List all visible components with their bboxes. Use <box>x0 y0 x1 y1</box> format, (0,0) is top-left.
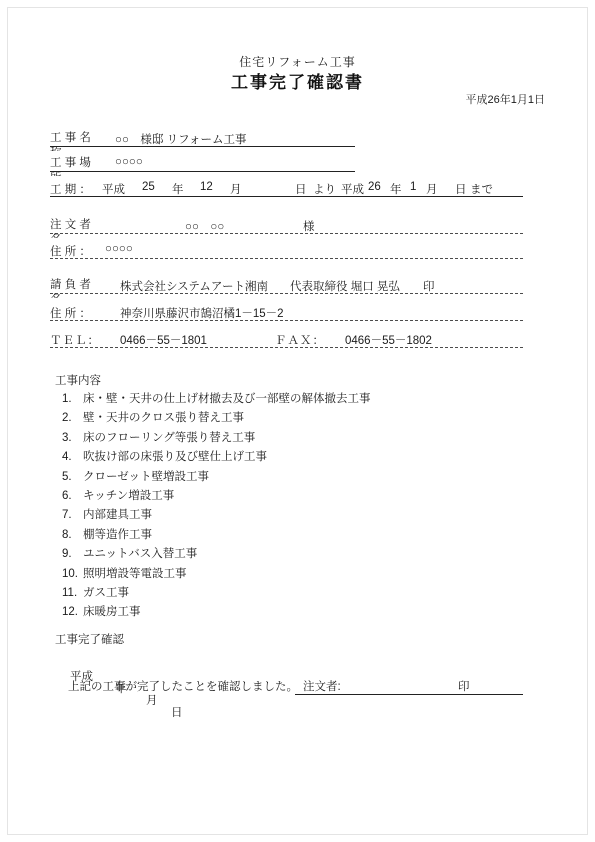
item-text: 床・壁・天井の仕上げ材撤去及び一部壁の解体撤去工事 <box>83 390 371 409</box>
orderer-label: 注 文 者名 <box>50 218 130 238</box>
project-name-value: ○○ 様邸 リフォーム工事 <box>115 131 247 147</box>
fax-label: ＦＡＸ： <box>275 332 325 348</box>
completion-date-line: 平成 年 月 日 <box>70 656 270 671</box>
field-orderer-address: 住 所 ： ○○○○ <box>50 242 523 259</box>
period-era-to: 平成 <box>341 181 364 197</box>
period-month-from: 12 <box>200 181 213 193</box>
completion-day-unit: 日 <box>171 704 183 720</box>
work-item: 6. キッチン増設工事 <box>62 487 371 506</box>
orderer-address-label: 住 所 ： <box>50 243 91 259</box>
period-label: 工 期 ： <box>50 181 91 197</box>
item-text: 内部建具工事 <box>83 506 152 525</box>
tel-label: ＴＥＬ： <box>50 332 100 348</box>
item-text: 床暖房工事 <box>83 603 141 622</box>
work-item: 1. 床・壁・天井の仕上げ材撤去及び一部壁の解体撤去工事 <box>62 390 371 409</box>
item-number: 8. <box>62 526 83 545</box>
orderer-address-value: ○○○○ <box>105 243 133 255</box>
contractor-label: 請 負 者名 <box>50 278 130 298</box>
field-contractor-address: 住 所 ： 神奈川県藤沢市鵠沼橘1－15－2 <box>50 304 523 321</box>
work-details-heading: 工事内容 <box>55 372 101 388</box>
period-month-to: 1 <box>410 181 416 193</box>
completion-statement: 上記の工事が完了したことを確認しました。 <box>68 678 298 694</box>
field-project-site: 工 事 場所 ○○○○ <box>50 155 355 172</box>
project-site-value: ○○○○ <box>115 156 143 168</box>
item-number: 12. <box>62 603 83 622</box>
item-text: 吹抜け部の床張り及び壁仕上げ工事 <box>83 448 267 467</box>
item-text: 棚等造作工事 <box>83 526 152 545</box>
period-month-unit2: 月 <box>426 181 438 197</box>
field-contact: ＴＥＬ： 0466－55－1801 ＦＡＸ： 0466－55－1802 <box>50 331 523 348</box>
completion-seal-label: 印 <box>458 678 470 694</box>
work-item: 4. 吹抜け部の床張り及び壁仕上げ工事 <box>62 448 371 467</box>
item-text: キッチン増設工事 <box>83 487 174 506</box>
period-month-unit1: 月 <box>230 181 242 197</box>
item-number: 9. <box>62 545 83 564</box>
period-conn: より <box>313 181 336 197</box>
item-number: 7. <box>62 506 83 525</box>
period-day-unit2: 日 <box>455 181 467 197</box>
period-end: まで <box>470 181 493 197</box>
item-number: 1. <box>62 390 83 409</box>
document-page: { "header": { "subtitle": "住宅リフォーム工事", "… <box>0 0 595 842</box>
work-items: 1. 床・壁・天井の仕上げ材撤去及び一部壁の解体撤去工事 2. 壁・天井のクロス… <box>62 390 371 623</box>
period-year-unit2: 年 <box>390 181 402 197</box>
period-era-from: 平成 <box>102 181 125 197</box>
work-item: 8. 棚等造作工事 <box>62 526 371 545</box>
contractor-company: 株式会社システムアート湘南 <box>120 278 268 294</box>
tel-value: 0466－55－1801 <box>120 332 207 348</box>
signature-line <box>295 694 523 695</box>
orderer-honorific: 様 <box>303 218 315 234</box>
item-number: 6. <box>62 487 83 506</box>
period-year-from: 25 <box>142 181 155 193</box>
completion-heading: 工事完了確認 <box>55 631 124 647</box>
item-number: 10. <box>62 565 83 584</box>
item-text: ガス工事 <box>83 584 129 603</box>
item-text: 床のフローリング等張り替え工事 <box>83 429 255 448</box>
field-project-name: 工 事 名称 ○○ 様邸 リフォーム工事 <box>50 130 355 147</box>
orderer-name: ○○ ○○ <box>185 218 224 234</box>
work-item: 9. ユニットバス入替工事 <box>62 545 371 564</box>
orderer-sign-label: 注文者: <box>303 678 341 694</box>
item-text: 照明増設等電設工事 <box>83 565 187 584</box>
contractor-address-label: 住 所 ： <box>50 305 91 321</box>
item-text: 壁・天井のクロス張り替え工事 <box>83 409 244 428</box>
work-item: 7. 内部建具工事 <box>62 506 371 525</box>
work-item: 2. 壁・天井のクロス張り替え工事 <box>62 409 371 428</box>
doc-date: 平成26年1月1日 <box>466 91 545 107</box>
field-orderer: 注 文 者名 ○○ ○○ 様 <box>50 217 523 234</box>
item-number: 11. <box>62 584 83 603</box>
doc-title: 工事完了確認書 <box>0 68 595 93</box>
item-number: 4. <box>62 448 83 467</box>
work-item: 10. 照明増設等電設工事 <box>62 565 371 584</box>
contractor-address-value: 神奈川県藤沢市鵠沼橘1－15－2 <box>120 305 284 321</box>
completion-month-unit: 月 <box>146 692 158 708</box>
work-item: 3. 床のフローリング等張り替え工事 <box>62 429 371 448</box>
work-item: 11. ガス工事 <box>62 584 371 603</box>
field-contractor: 請 負 者名 株式会社システムアート湘南 代表取締役 堀口 晃弘 印 <box>50 277 523 294</box>
field-period: 工 期 ： 平成 25 年 12 月 日 より 平成 26 年 1 月 日 まで <box>50 180 523 197</box>
period-year-to: 26 <box>368 181 381 193</box>
work-item: 5. クローゼット壁増設工事 <box>62 468 371 487</box>
fax-value: 0466－55－1802 <box>345 332 432 348</box>
contractor-seal-label: 印 <box>423 278 435 294</box>
item-number: 2. <box>62 409 83 428</box>
period-year-unit1: 年 <box>172 181 184 197</box>
work-item: 12. 床暖房工事 <box>62 603 371 622</box>
period-day-unit1: 日 <box>295 181 307 197</box>
item-number: 3. <box>62 429 83 448</box>
item-number: 5. <box>62 468 83 487</box>
contractor-representative: 代表取締役 堀口 晃弘 <box>290 278 400 294</box>
item-text: クローゼット壁増設工事 <box>83 468 209 487</box>
item-text: ユニットバス入替工事 <box>83 545 197 564</box>
